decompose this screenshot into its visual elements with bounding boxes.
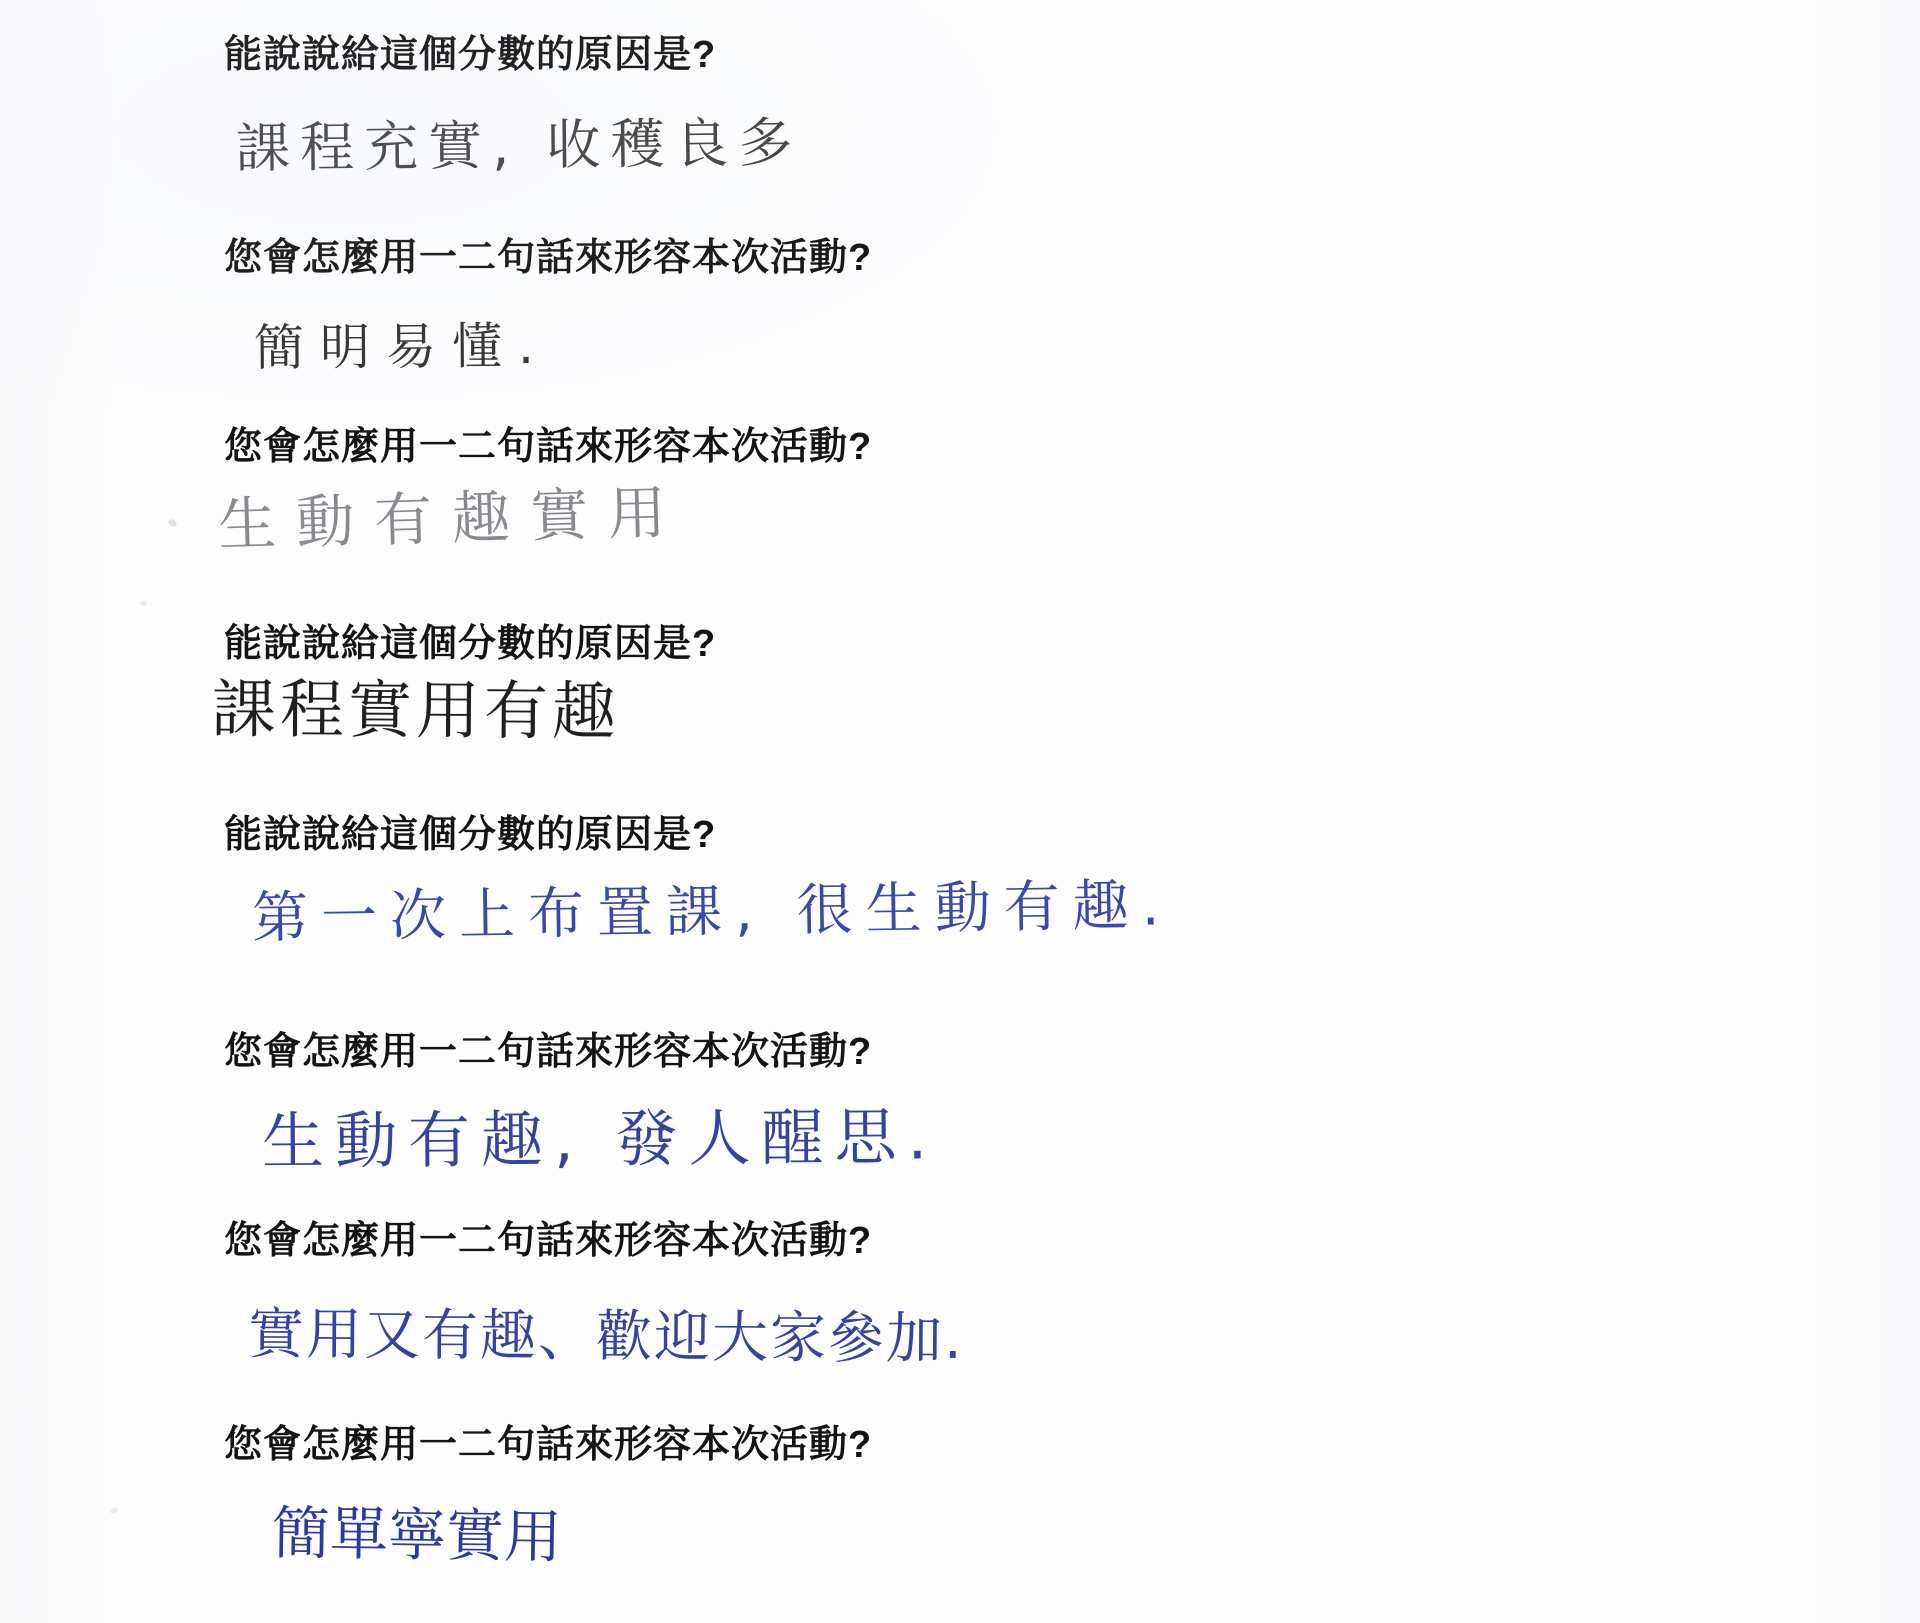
question-label-7: 您會怎麼用一二句話來形容本次活動?: [224, 1222, 872, 1262]
question-label-8: 您會怎麼用一二句話來形容本次活動?: [224, 1426, 872, 1466]
handwritten-answer-6: 生動有趣, 發人醒思.: [262, 1087, 939, 1181]
question-label-1: 能說說給這個分數的原因是?: [224, 36, 716, 76]
question-label-6: 您會怎麼用一二句話來形容本次活動?: [224, 1033, 872, 1073]
handwritten-answer-8: 簡單寧實用: [271, 1486, 562, 1574]
handwritten-answer-1: 課程充實, 收穫良多: [236, 100, 803, 183]
handwritten-answer-7: 實用又有趣、歡迎大家參加.: [248, 1290, 964, 1375]
question-label-2: 您會怎麼用一二句話來形容本次活動?: [224, 239, 872, 279]
handwritten-answer-5: 第一次上布置課, 很生動有趣.: [251, 861, 1172, 954]
question-label-5: 能說說給這個分數的原因是?: [224, 816, 716, 856]
question-label-3: 您會怎麼用一二句話來形容本次活動?: [224, 428, 872, 468]
scan-speck: [109, 1507, 118, 1514]
handwritten-answer-3: 生動有趣實用: [217, 465, 687, 562]
scanned-questionnaire-page: 能說說給這個分數的原因是? 課程充實, 收穫良多 您會怎麼用一二句話來形容本次活…: [0, 0, 1920, 1623]
handwritten-answer-4: 課程實用有趣: [212, 658, 621, 753]
handwritten-answer-2: 簡明易懂.: [254, 306, 550, 380]
scan-speck: [167, 518, 178, 528]
scan-speck: [140, 601, 147, 606]
